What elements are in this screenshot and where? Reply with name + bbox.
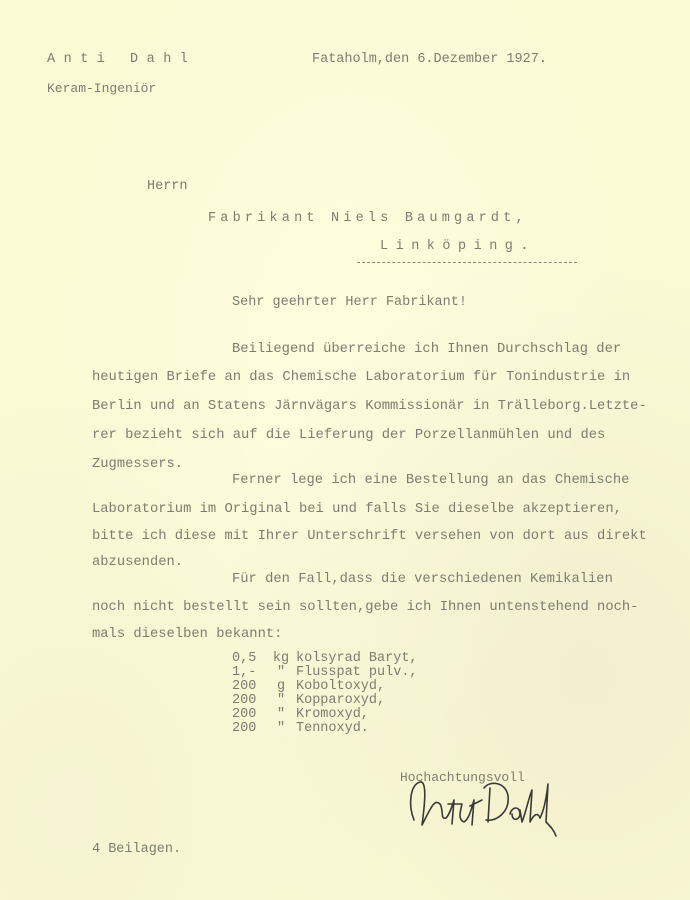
- paper-background: [0, 0, 690, 900]
- signature: [400, 770, 560, 840]
- body-line: noch nicht bestellt sein sollten,gebe ic…: [92, 601, 638, 615]
- chemical-name: kolsyrad Baryt,: [296, 651, 418, 666]
- chemical-name: Kromoxyd,: [296, 707, 369, 722]
- chemical-unit: ": [266, 708, 296, 722]
- body-line: heutigen Briefe an das Chemische Laborat…: [92, 371, 630, 385]
- chemical-item: 0,5kgkolsyrad Baryt,: [232, 652, 418, 666]
- chemical-unit: g: [266, 680, 296, 694]
- chemical-item: 200"Kopparoxyd,: [232, 694, 385, 708]
- chemical-qty: 200: [232, 680, 266, 694]
- body-line: mals dieselben bekannt:: [92, 628, 282, 642]
- body-line: Zugmessers.: [92, 458, 183, 472]
- body-line: Laboratorium im Original bei und falls S…: [92, 503, 622, 517]
- chemical-qty: 0,5: [232, 652, 266, 666]
- chemical-item: 200"Kromoxyd,: [232, 708, 369, 722]
- recipient-salutation: Herrn: [147, 180, 188, 194]
- chemical-item: 200"Tennoxyd.: [232, 722, 369, 736]
- chemical-name: Tennoxyd.: [296, 721, 369, 736]
- address-underline: [357, 262, 577, 263]
- chemical-unit: ": [266, 694, 296, 708]
- body-line: abzusenden.: [92, 556, 183, 570]
- body-line: bitte ich diese mit Ihrer Unterschrift v…: [92, 530, 647, 544]
- chemical-unit: ": [266, 722, 296, 736]
- chemical-qty: 1,-: [232, 666, 266, 680]
- body-line: Beiliegend überreiche ich Ihnen Durchsch…: [232, 343, 621, 357]
- chemical-name: Kopparoxyd,: [296, 693, 385, 708]
- chemical-unit: ": [266, 666, 296, 680]
- recipient-name: Fabrikant Niels Baumgardt,: [208, 212, 528, 226]
- sender-name: Anti Dahl: [47, 53, 196, 67]
- body-line: Für den Fall,dass die verschiedenen Kemi…: [232, 573, 613, 587]
- chemical-item: 200gKoboltoxyd,: [232, 680, 385, 694]
- body-line: rer bezieht sich auf die Lieferung der P…: [92, 429, 605, 443]
- chemical-qty: 200: [232, 708, 266, 722]
- greeting: Sehr geehrter Herr Fabrikant!: [232, 296, 467, 310]
- place-date: Fataholm,den 6.Dezember 1927.: [312, 53, 547, 67]
- chemical-item: 1,-"Flusspat pulv.,: [232, 666, 418, 680]
- body-line: Ferner lege ich eine Bestellung an das C…: [232, 474, 629, 488]
- body-line: Berlin und an Statens Järnvägars Kommiss…: [92, 400, 647, 414]
- recipient-city: Linköping.: [380, 240, 536, 254]
- chemical-qty: 200: [232, 722, 266, 736]
- chemical-qty: 200: [232, 694, 266, 708]
- enclosures-note: 4 Beilagen.: [92, 843, 181, 857]
- chemical-name: Flusspat pulv.,: [296, 665, 418, 680]
- chemical-name: Koboltoxyd,: [296, 679, 385, 694]
- chemical-unit: kg: [266, 652, 296, 666]
- sender-title: Keram-Ingeniör: [47, 82, 156, 95]
